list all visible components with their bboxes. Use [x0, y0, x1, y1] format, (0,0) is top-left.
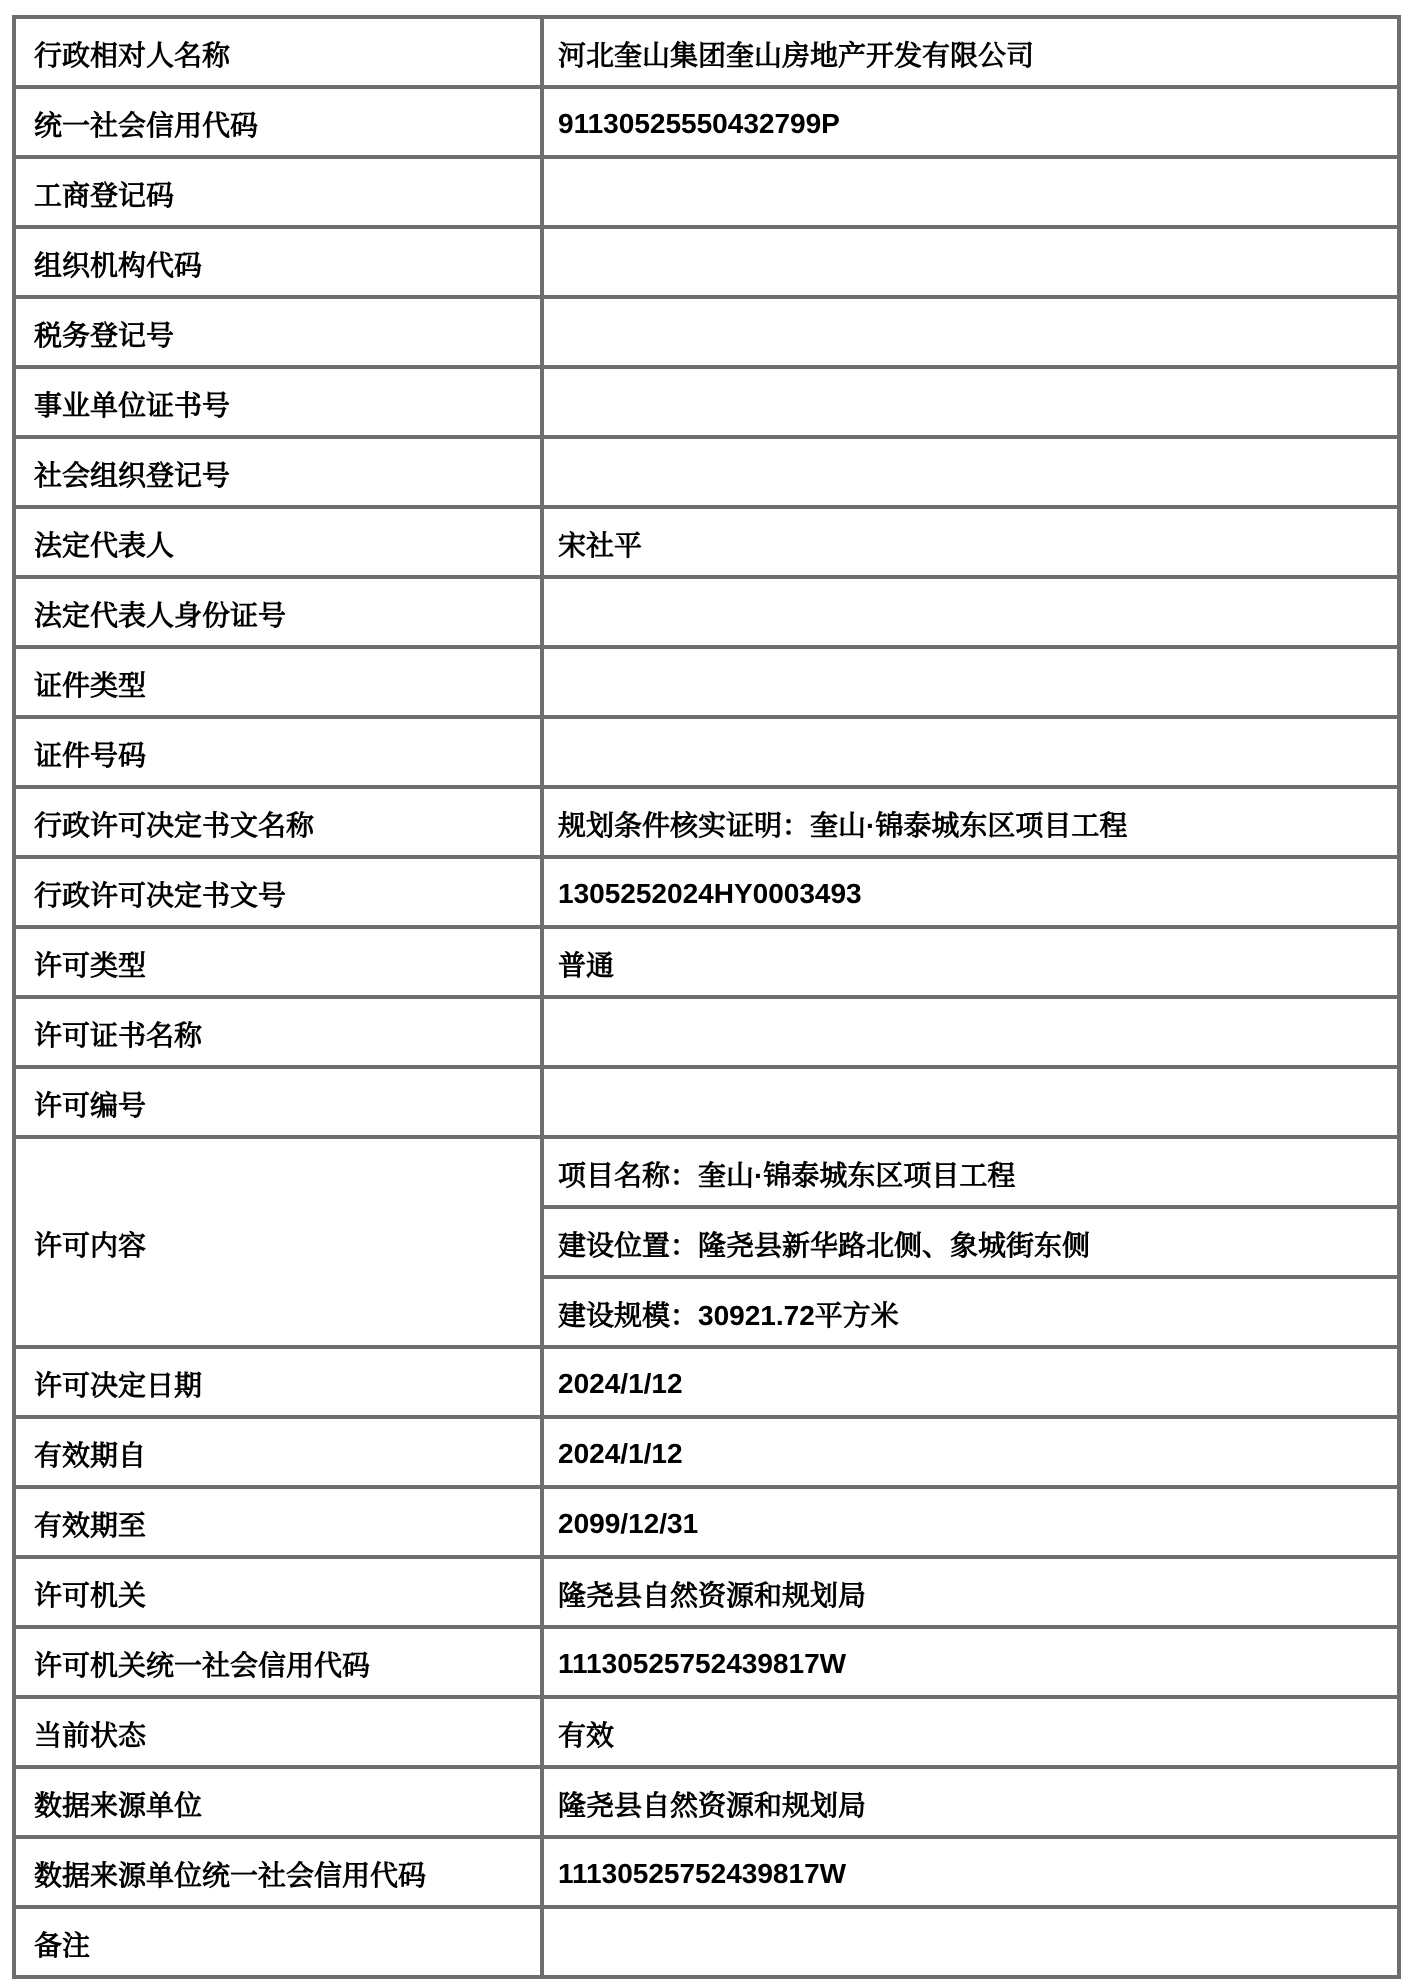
license-info-table: 行政相对人名称 河北奎山集团奎山房地产开发有限公司 统一社会信用代码 91130… — [12, 15, 1401, 1979]
row-label: 组织机构代码 — [14, 227, 542, 297]
row-value-construction-scale: 建设规模：30921.72平方米 — [542, 1277, 1399, 1347]
row-value — [542, 1067, 1399, 1137]
row-label: 当前状态 — [14, 1697, 542, 1767]
table-row: 有效期至 2099/12/31 — [14, 1487, 1399, 1557]
row-value: 2099/12/31 — [542, 1487, 1399, 1557]
row-label: 工商登记码 — [14, 157, 542, 227]
table-row: 当前状态 有效 — [14, 1697, 1399, 1767]
row-value: 规划条件核实证明：奎山·锦泰城东区项目工程 — [542, 787, 1399, 857]
row-value — [542, 227, 1399, 297]
table-row: 许可编号 — [14, 1067, 1399, 1137]
table-row: 事业单位证书号 — [14, 367, 1399, 437]
row-label: 许可编号 — [14, 1067, 542, 1137]
table-row: 证件号码 — [14, 717, 1399, 787]
row-label: 统一社会信用代码 — [14, 87, 542, 157]
row-label: 许可机关统一社会信用代码 — [14, 1627, 542, 1697]
row-value — [542, 717, 1399, 787]
table-row: 备注 — [14, 1907, 1399, 1977]
table-row: 许可决定日期 2024/1/12 — [14, 1347, 1399, 1417]
row-label: 数据来源单位统一社会信用代码 — [14, 1837, 542, 1907]
row-label: 有效期至 — [14, 1487, 542, 1557]
row-value: 隆尧县自然资源和规划局 — [542, 1557, 1399, 1627]
table-row: 组织机构代码 — [14, 227, 1399, 297]
table-row: 许可证书名称 — [14, 997, 1399, 1067]
row-label: 法定代表人 — [14, 507, 542, 577]
row-label: 备注 — [14, 1907, 542, 1977]
row-label: 行政相对人名称 — [14, 17, 542, 87]
table-row: 证件类型 — [14, 647, 1399, 717]
row-label: 行政许可决定书文号 — [14, 857, 542, 927]
row-label: 许可类型 — [14, 927, 542, 997]
row-value — [542, 997, 1399, 1067]
row-label: 税务登记号 — [14, 297, 542, 367]
row-label: 证件号码 — [14, 717, 542, 787]
row-value-construction-location: 建设位置：隆尧县新华路北侧、象城街东侧 — [542, 1207, 1399, 1277]
row-label: 许可机关 — [14, 1557, 542, 1627]
table-row: 统一社会信用代码 91130525550432799P — [14, 87, 1399, 157]
table-row: 行政相对人名称 河北奎山集团奎山房地产开发有限公司 — [14, 17, 1399, 87]
row-label: 行政许可决定书文名称 — [14, 787, 542, 857]
row-value — [542, 1907, 1399, 1977]
table-row: 工商登记码 — [14, 157, 1399, 227]
row-value-project-name: 项目名称：奎山·锦泰城东区项目工程 — [542, 1137, 1399, 1207]
row-value — [542, 157, 1399, 227]
row-value — [542, 367, 1399, 437]
row-label: 数据来源单位 — [14, 1767, 542, 1837]
row-value: 有效 — [542, 1697, 1399, 1767]
row-value: 2024/1/12 — [542, 1417, 1399, 1487]
row-value: 宋社平 — [542, 507, 1399, 577]
row-value — [542, 437, 1399, 507]
row-label: 许可证书名称 — [14, 997, 542, 1067]
row-label: 法定代表人身份证号 — [14, 577, 542, 647]
table-row: 有效期自 2024/1/12 — [14, 1417, 1399, 1487]
table-row: 法定代表人 宋社平 — [14, 507, 1399, 577]
table-row: 法定代表人身份证号 — [14, 577, 1399, 647]
row-value: 1305252024HY0003493 — [542, 857, 1399, 927]
row-label: 许可决定日期 — [14, 1347, 542, 1417]
table-row: 社会组织登记号 — [14, 437, 1399, 507]
table-row-permit-content: 许可内容 项目名称：奎山·锦泰城东区项目工程 — [14, 1137, 1399, 1207]
row-value: 11130525752439817W — [542, 1837, 1399, 1907]
row-label: 有效期自 — [14, 1417, 542, 1487]
table-row: 行政许可决定书文号 1305252024HY0003493 — [14, 857, 1399, 927]
table-row: 许可机关 隆尧县自然资源和规划局 — [14, 1557, 1399, 1627]
row-value: 河北奎山集团奎山房地产开发有限公司 — [542, 17, 1399, 87]
table-row: 税务登记号 — [14, 297, 1399, 367]
row-value: 隆尧县自然资源和规划局 — [542, 1767, 1399, 1837]
row-label: 证件类型 — [14, 647, 542, 717]
row-value: 91130525550432799P — [542, 87, 1399, 157]
row-label: 社会组织登记号 — [14, 437, 542, 507]
table-row: 许可类型 普通 — [14, 927, 1399, 997]
table-row: 数据来源单位统一社会信用代码 11130525752439817W — [14, 1837, 1399, 1907]
row-value: 11130525752439817W — [542, 1627, 1399, 1697]
table-row: 行政许可决定书文名称 规划条件核实证明：奎山·锦泰城东区项目工程 — [14, 787, 1399, 857]
row-value: 普通 — [542, 927, 1399, 997]
row-label: 许可内容 — [14, 1137, 542, 1347]
table-row: 许可机关统一社会信用代码 11130525752439817W — [14, 1627, 1399, 1697]
row-value — [542, 647, 1399, 717]
row-value — [542, 577, 1399, 647]
table-row: 数据来源单位 隆尧县自然资源和规划局 — [14, 1767, 1399, 1837]
row-value: 2024/1/12 — [542, 1347, 1399, 1417]
row-value — [542, 297, 1399, 367]
row-label: 事业单位证书号 — [14, 367, 542, 437]
